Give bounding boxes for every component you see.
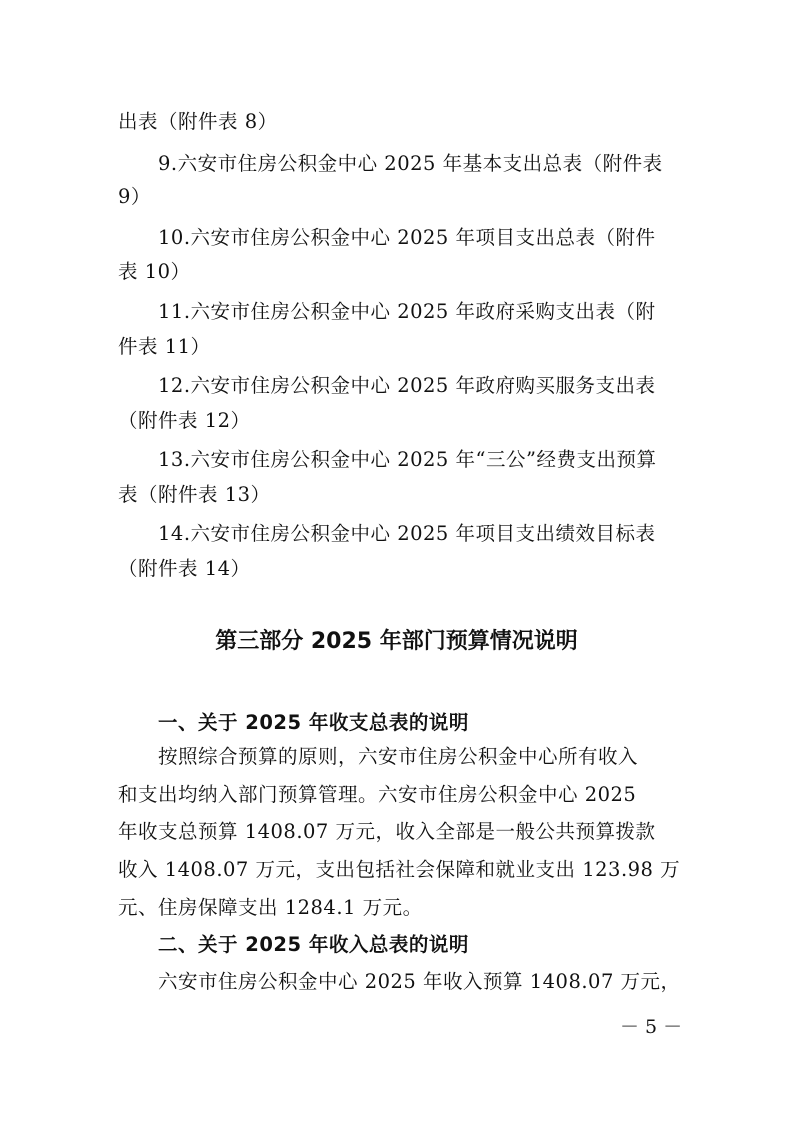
section-2-paragraph-line: 六安市住房公积金中心 2025 年收入预算 1408.07 万元，: [158, 966, 681, 994]
list-item-10: 10.六安市住房公积金中心 2025 年项目支出总表（附件: [158, 222, 656, 250]
list-item-10-cont: 表 10）: [118, 256, 191, 284]
section-2-heading: 二、关于 2025 年收入总表的说明: [158, 929, 469, 957]
section-1-paragraph-line: 和支出均纳入部门预算管理。六安市住房公积金中心 2025: [118, 779, 636, 807]
list-item-12: 12.六安市住房公积金中心 2025 年政府购买服务支出表: [158, 370, 656, 398]
list-item-8-cont: 出表（附件表 8）: [118, 106, 278, 134]
section-1-paragraph-line: 年收支总预算 1408.07 万元，收入全部是一般公共预算拨款: [118, 816, 656, 844]
list-item-9-cont: 9）: [118, 181, 151, 209]
list-item-9: 9.六安市住房公积金中心 2025 年基本支出总表（附件表: [158, 148, 663, 176]
section-title: 第三部分 2025 年部门预算情况说明: [0, 624, 793, 655]
list-item-14: 14.六安市住房公积金中心 2025 年项目支出绩效目标表: [158, 518, 656, 546]
list-item-12-cont: （附件表 12）: [118, 405, 251, 433]
section-1-paragraph-line: 收入 1408.07 万元，支出包括社会保障和就业支出 123.98 万: [118, 854, 680, 882]
list-item-13: 13.六安市住房公积金中心 2025 年“三公”经费支出预算: [158, 444, 656, 472]
list-item-13-cont: 表（附件表 13）: [118, 479, 271, 507]
section-1-paragraph-line: 元、住房保障支出 1284.1 万元。: [118, 892, 423, 920]
section-1-heading: 一、关于 2025 年收支总表的说明: [158, 707, 469, 735]
page-number: － 5 －: [620, 1012, 682, 1039]
list-item-11: 11.六安市住房公积金中心 2025 年政府采购支出表（附: [158, 296, 656, 324]
section-1-paragraph-line: 按照综合预算的原则，六安市住房公积金中心所有收入: [158, 741, 638, 769]
list-item-11-cont: 件表 11）: [118, 331, 211, 359]
list-item-14-cont: （附件表 14）: [118, 553, 251, 581]
